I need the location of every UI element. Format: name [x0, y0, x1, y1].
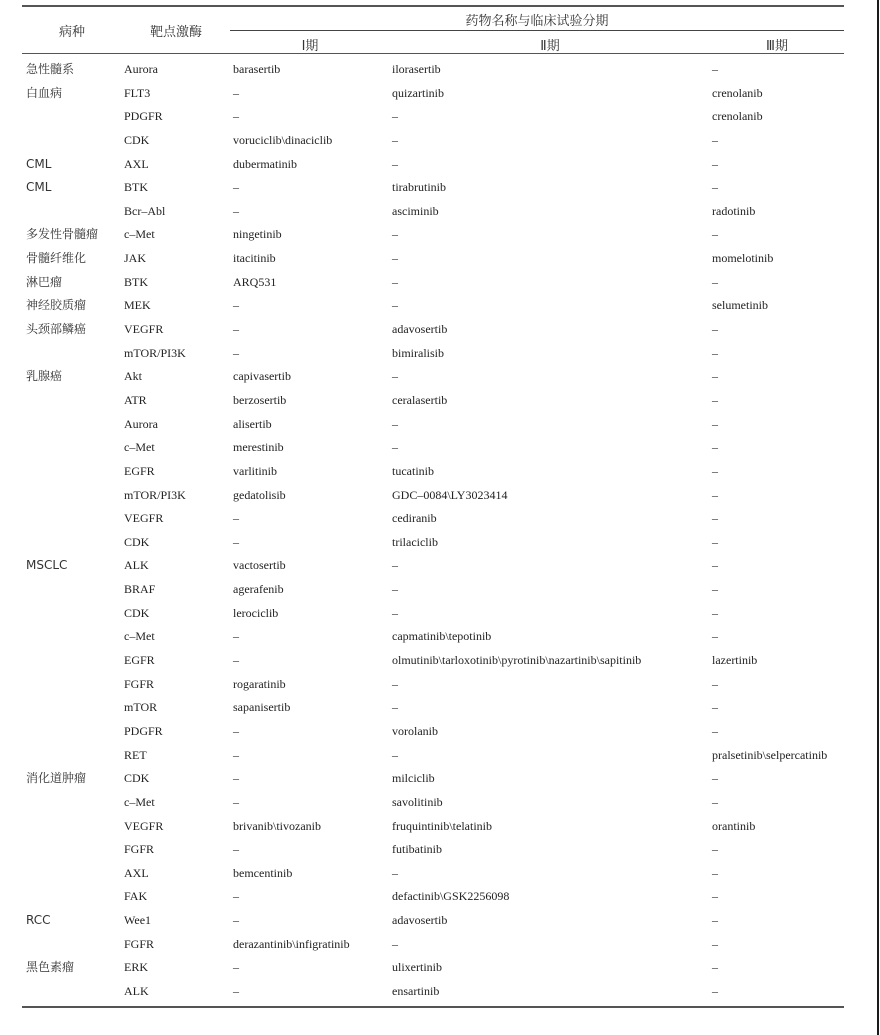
cell-phase1: –	[233, 980, 239, 1004]
cell-disease: 乳腺癌	[26, 365, 62, 389]
cell-phase1: alisertib	[233, 413, 272, 437]
cell-phase2: tucatinib	[392, 460, 434, 484]
table-row: PDGFR–vorolanib–	[22, 720, 844, 744]
cell-disease: 多发性骨髓瘤	[26, 223, 98, 247]
cell-disease: 头颈部鳞癌	[26, 318, 86, 342]
cell-phase2: trilaciclib	[392, 531, 438, 555]
cell-target: ALK	[124, 554, 149, 578]
cell-phase3: –	[712, 436, 718, 460]
cell-phase1: –	[233, 720, 239, 744]
cell-disease: 急性髓系	[26, 58, 74, 82]
header-disease: 病种	[22, 21, 122, 40]
cell-target: ATR	[124, 389, 147, 413]
cell-phase3: –	[712, 507, 718, 531]
cell-phase1: –	[233, 105, 239, 129]
cell-target: c–Met	[124, 436, 155, 460]
cell-target: ERK	[124, 956, 148, 980]
cell-disease: 神经胶质瘤	[26, 294, 86, 318]
cell-phase1: –	[233, 318, 239, 342]
cell-phase1: rogaratinib	[233, 673, 286, 697]
cell-target: FGFR	[124, 933, 154, 957]
cell-target: JAK	[124, 247, 146, 271]
table-row: 消化道肿瘤CDK–milciclib–	[22, 767, 844, 791]
cell-target: RET	[124, 744, 147, 768]
cell-phase3: –	[712, 554, 718, 578]
cell-phase1: –	[233, 531, 239, 555]
cell-phase3: pralsetinib\selpercatinib	[712, 744, 827, 768]
cell-phase2: –	[392, 436, 398, 460]
table-row: 多发性骨髓瘤c–Metningetinib––	[22, 223, 844, 247]
cell-phase2: –	[392, 153, 398, 177]
cell-phase1: –	[233, 176, 239, 200]
cell-phase2: –	[392, 294, 398, 318]
cell-target: VEGFR	[124, 318, 163, 342]
cell-target: CDK	[124, 602, 149, 626]
cell-target: mTOR/PI3K	[124, 342, 186, 366]
cell-phase1: –	[233, 82, 239, 106]
cell-phase2: –	[392, 673, 398, 697]
cell-target: c–Met	[124, 625, 155, 649]
cell-phase3: –	[712, 767, 718, 791]
cell-phase3: –	[712, 885, 718, 909]
cell-phase3: crenolanib	[712, 105, 763, 129]
cell-target: PDGFR	[124, 105, 163, 129]
cell-phase2: milciclib	[392, 767, 435, 791]
cell-target: CDK	[124, 767, 149, 791]
cell-phase2: savolitinib	[392, 791, 443, 815]
table-row: 急性髓系Aurorabarasertibilorasertib–	[22, 58, 844, 82]
cell-phase3: selumetinib	[712, 294, 768, 318]
header-target-kinase: 靶点激酶	[122, 21, 230, 40]
cell-phase3: –	[712, 980, 718, 1004]
cell-phase3: –	[712, 153, 718, 177]
cell-phase1: –	[233, 956, 239, 980]
cell-target: FLT3	[124, 82, 150, 106]
cell-phase3: –	[712, 223, 718, 247]
page-edge-border	[877, 0, 879, 1035]
cell-phase2: adavosertib	[392, 909, 447, 933]
table-row: mTOR/PI3K–bimiralisib–	[22, 342, 844, 366]
cell-phase3: –	[712, 625, 718, 649]
cell-phase3: crenolanib	[712, 82, 763, 106]
cell-phase1: –	[233, 294, 239, 318]
table-row: mTORsapanisertib––	[22, 696, 844, 720]
table-row: CMLBTK–tirabrutinib–	[22, 176, 844, 200]
cell-phase1: –	[233, 838, 239, 862]
cell-target: mTOR/PI3K	[124, 484, 186, 508]
cell-target: AXL	[124, 862, 149, 886]
cell-disease: RCC	[26, 909, 51, 933]
table-row: c–Metmerestinib––	[22, 436, 844, 460]
cell-phase3: radotinib	[712, 200, 755, 224]
cell-phase3: –	[712, 58, 718, 82]
cell-phase3: lazertinib	[712, 649, 757, 673]
table-row: c–Met–savolitinib–	[22, 791, 844, 815]
table-row: CDKlerociclib––	[22, 602, 844, 626]
cell-disease: 淋巴瘤	[26, 271, 62, 295]
cell-phase3: –	[712, 460, 718, 484]
cell-phase2: –	[392, 578, 398, 602]
header-drug-phase-group: 药物名称与临床试验分期	[230, 10, 844, 29]
cell-target: CDK	[124, 531, 149, 555]
cell-target: Bcr–Abl	[124, 200, 165, 224]
cell-phase1: varlitinib	[233, 460, 277, 484]
cell-target: AXL	[124, 153, 149, 177]
cell-phase1: ARQ531	[233, 271, 276, 295]
cell-phase2: –	[392, 696, 398, 720]
cell-phase2: –	[392, 223, 398, 247]
cell-disease: 白血病	[26, 82, 62, 106]
cell-target: mTOR	[124, 696, 157, 720]
cell-phase1: capivasertib	[233, 365, 291, 389]
cell-phase1: voruciclib\dinaciclib	[233, 129, 332, 153]
cell-target: FAK	[124, 885, 147, 909]
cell-target: c–Met	[124, 223, 155, 247]
cell-phase2: futibatinib	[392, 838, 442, 862]
cell-target: CDK	[124, 129, 149, 153]
table-row: EGFRvarlitinibtucatinib–	[22, 460, 844, 484]
cell-target: PDGFR	[124, 720, 163, 744]
table-row: Auroraalisertib––	[22, 413, 844, 437]
cell-phase3: –	[712, 720, 718, 744]
cell-phase3: –	[712, 791, 718, 815]
cell-phase3: orantinib	[712, 815, 755, 839]
cell-phase2: defactinib\GSK2256098	[392, 885, 509, 909]
cell-phase1: sapanisertib	[233, 696, 290, 720]
header-sub-rule	[230, 30, 844, 31]
kinase-drug-table: 病种 靶点激酶 药物名称与临床试验分期 Ⅰ期 Ⅱ期 Ⅲ期 急性髓系Aurorab…	[22, 5, 844, 1008]
cell-disease: CML	[26, 176, 51, 200]
table-row: VEGFR–cediranib–	[22, 507, 844, 531]
cell-phase1: barasertib	[233, 58, 280, 82]
table-row: FGFRrogaratinib––	[22, 673, 844, 697]
cell-target: MEK	[124, 294, 151, 318]
cell-phase2: bimiralisib	[392, 342, 444, 366]
cell-phase1: –	[233, 791, 239, 815]
cell-phase1: berzosertib	[233, 389, 286, 413]
table-row: mTOR/PI3KgedatolisibGDC–0084\LY3023414–	[22, 484, 844, 508]
cell-phase3: –	[712, 129, 718, 153]
cell-phase1: itacitinib	[233, 247, 276, 271]
cell-phase3: –	[712, 933, 718, 957]
cell-phase2: olmutinib\tarloxotinib\pyrotinib\nazarti…	[392, 649, 641, 673]
table-row: 黑色素瘤ERK–ulixertinib–	[22, 956, 844, 980]
cell-disease: 骨髓纤维化	[26, 247, 86, 271]
cell-phase3: –	[712, 862, 718, 886]
table-body: 急性髓系Aurorabarasertibilorasertib–白血病FLT3–…	[22, 54, 844, 1004]
cell-phase1: –	[233, 909, 239, 933]
cell-phase2: ilorasertib	[392, 58, 441, 82]
cell-phase1: agerafenib	[233, 578, 284, 602]
table-row: ATRberzosertibceralasertib–	[22, 389, 844, 413]
cell-disease: 消化道肿瘤	[26, 767, 86, 791]
table-row: RCCWee1–adavosertib–	[22, 909, 844, 933]
cell-phase1: lerociclib	[233, 602, 278, 626]
header-phase-2: Ⅱ期	[390, 35, 710, 54]
cell-phase3: –	[712, 602, 718, 626]
cell-target: FGFR	[124, 673, 154, 697]
cell-phase3: –	[712, 909, 718, 933]
cell-phase1: derazantinib\infigratinib	[233, 933, 350, 957]
table-row: 骨髓纤维化JAKitacitinib–momelotinib	[22, 247, 844, 271]
cell-phase2: –	[392, 602, 398, 626]
cell-target: VEGFR	[124, 815, 163, 839]
cell-target: Wee1	[124, 909, 151, 933]
table-row: FGFR–futibatinib–	[22, 838, 844, 862]
table-row: CDKvoruciclib\dinaciclib––	[22, 129, 844, 153]
table-row: 乳腺癌Aktcapivasertib––	[22, 365, 844, 389]
cell-phase3: –	[712, 673, 718, 697]
cell-phase1: –	[233, 342, 239, 366]
table-row: 白血病FLT3–quizartinibcrenolanib	[22, 82, 844, 106]
cell-phase3: –	[712, 956, 718, 980]
cell-target: ALK	[124, 980, 149, 1004]
cell-phase2: –	[392, 413, 398, 437]
table-bottom-rule	[22, 1006, 844, 1008]
cell-phase1: brivanib\tivozanib	[233, 815, 321, 839]
cell-phase3: –	[712, 365, 718, 389]
cell-phase2: vorolanib	[392, 720, 438, 744]
cell-phase2: –	[392, 744, 398, 768]
cell-phase2: tirabrutinib	[392, 176, 446, 200]
cell-phase3: –	[712, 696, 718, 720]
table-header: 病种 靶点激酶 药物名称与临床试验分期 Ⅰ期 Ⅱ期 Ⅲ期	[22, 7, 844, 54]
cell-phase2: fruquintinib\telatinib	[392, 815, 492, 839]
cell-phase1: –	[233, 767, 239, 791]
cell-phase2: adavosertib	[392, 318, 447, 342]
cell-disease: MSCLC	[26, 554, 67, 578]
table-row: AXLbemcentinib––	[22, 862, 844, 886]
cell-phase1: –	[233, 200, 239, 224]
cell-phase1: –	[233, 744, 239, 768]
table-row: PDGFR––crenolanib	[22, 105, 844, 129]
table-row: c–Met–capmatinib\tepotinib–	[22, 625, 844, 649]
cell-phase2: ceralasertib	[392, 389, 447, 413]
cell-phase2: –	[392, 862, 398, 886]
table-row: Bcr–Abl–asciminibradotinib	[22, 200, 844, 224]
table-row: 头颈部鳞癌VEGFR–adavosertib–	[22, 318, 844, 342]
cell-target: c–Met	[124, 791, 155, 815]
cell-phase2: –	[392, 365, 398, 389]
cell-target: Aurora	[124, 58, 158, 82]
header-phase-3: Ⅲ期	[710, 35, 844, 54]
cell-disease: CML	[26, 153, 51, 177]
cell-target: BTK	[124, 176, 148, 200]
cell-phase2: ulixertinib	[392, 956, 442, 980]
cell-phase3: –	[712, 838, 718, 862]
table-row: BRAFagerafenib––	[22, 578, 844, 602]
cell-phase1: ningetinib	[233, 223, 282, 247]
cell-phase3: –	[712, 342, 718, 366]
table-row: 淋巴瘤BTKARQ531––	[22, 271, 844, 295]
cell-phase2: capmatinib\tepotinib	[392, 625, 491, 649]
table-row: EGFR–olmutinib\tarloxotinib\pyrotinib\na…	[22, 649, 844, 673]
cell-target: VEGFR	[124, 507, 163, 531]
table-row: VEGFRbrivanib\tivozanibfruquintinib\tela…	[22, 815, 844, 839]
cell-phase1: –	[233, 885, 239, 909]
cell-phase3: –	[712, 578, 718, 602]
cell-phase1: –	[233, 649, 239, 673]
table-row: FGFRderazantinib\infigratinib––	[22, 933, 844, 957]
cell-phase3: –	[712, 318, 718, 342]
cell-phase3: –	[712, 176, 718, 200]
cell-phase2: GDC–0084\LY3023414	[392, 484, 507, 508]
cell-phase2: ensartinib	[392, 980, 439, 1004]
cell-phase2: –	[392, 271, 398, 295]
table-row: ALK–ensartinib–	[22, 980, 844, 1004]
cell-phase2: –	[392, 933, 398, 957]
cell-phase1: –	[233, 507, 239, 531]
cell-phase3: –	[712, 271, 718, 295]
cell-phase3: –	[712, 531, 718, 555]
table-row: CDK–trilaciclib–	[22, 531, 844, 555]
cell-phase2: cediranib	[392, 507, 437, 531]
table-row: RET––pralsetinib\selpercatinib	[22, 744, 844, 768]
cell-phase1: –	[233, 625, 239, 649]
cell-phase1: bemcentinib	[233, 862, 292, 886]
table-row: 神经胶质瘤MEK––selumetinib	[22, 294, 844, 318]
cell-phase2: –	[392, 247, 398, 271]
cell-phase3: –	[712, 389, 718, 413]
table-row: FAK–defactinib\GSK2256098–	[22, 885, 844, 909]
cell-phase2: –	[392, 129, 398, 153]
cell-phase1: gedatolisib	[233, 484, 286, 508]
table-row: CMLAXLdubermatinib––	[22, 153, 844, 177]
cell-target: BRAF	[124, 578, 155, 602]
cell-target: Akt	[124, 365, 142, 389]
cell-phase2: quizartinib	[392, 82, 444, 106]
cell-target: EGFR	[124, 649, 155, 673]
cell-target: EGFR	[124, 460, 155, 484]
cell-phase1: merestinib	[233, 436, 284, 460]
cell-target: Aurora	[124, 413, 158, 437]
cell-phase3: momelotinib	[712, 247, 773, 271]
table-row: MSCLCALKvactosertib––	[22, 554, 844, 578]
cell-phase2: –	[392, 554, 398, 578]
header-phase-1: Ⅰ期	[230, 35, 390, 54]
cell-phase1: vactosertib	[233, 554, 286, 578]
cell-phase2: –	[392, 105, 398, 129]
cell-phase1: dubermatinib	[233, 153, 297, 177]
cell-phase2: asciminib	[392, 200, 439, 224]
cell-target: BTK	[124, 271, 148, 295]
cell-phase3: –	[712, 413, 718, 437]
cell-target: FGFR	[124, 838, 154, 862]
cell-disease: 黑色素瘤	[26, 956, 74, 980]
cell-phase3: –	[712, 484, 718, 508]
